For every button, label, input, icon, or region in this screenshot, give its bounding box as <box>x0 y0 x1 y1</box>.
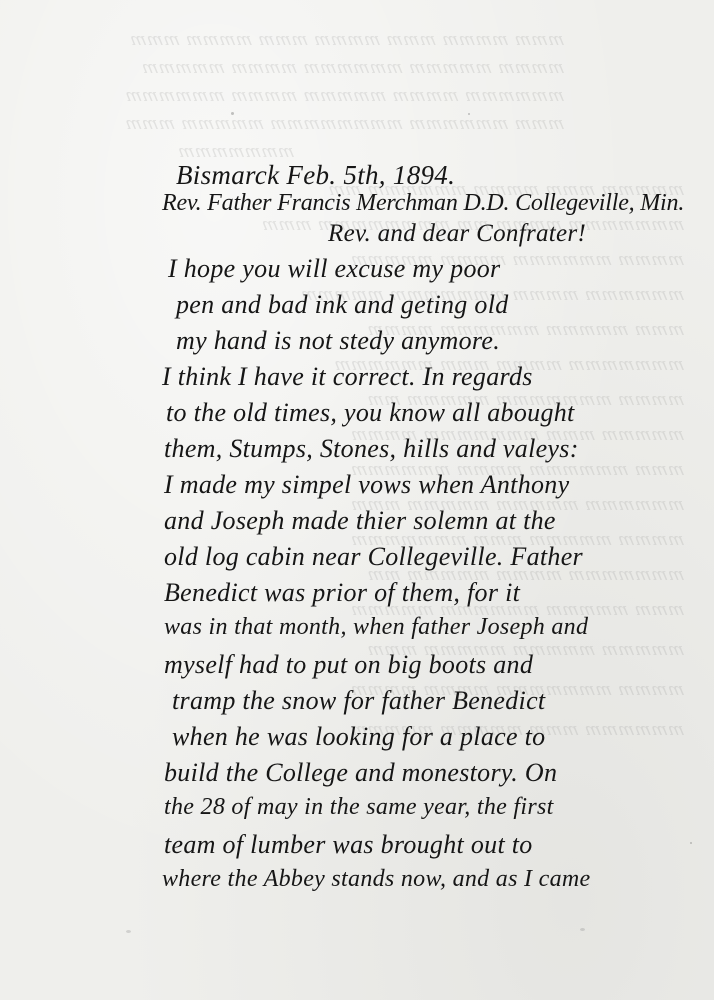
letter-line-9: old log cabin near Collegeville. Father <box>164 542 583 572</box>
paper-speck <box>580 928 585 931</box>
bleed-line: mmm mmmm mmm mmmm mmm mmmm mmm <box>128 30 567 50</box>
place-and-date: Bismarck Feb. 5th, 1894. <box>176 160 455 191</box>
letter-line-8: and Joseph made thier solemn at the <box>164 506 556 536</box>
letter-line-13: tramp the snow for father Benedict <box>172 686 545 716</box>
letter-line-2: pen and bad ink and geting old <box>176 290 509 320</box>
salutation: Rev. and dear Confrater! <box>328 220 586 248</box>
letter-line-15: build the College and monestory. On <box>164 758 557 788</box>
letter-line-1: I hope you will excuse my poor <box>168 254 500 284</box>
letter-line-14: when he was looking for a place to <box>172 722 545 752</box>
letter-line-6: them, Stumps, Stones, hills and valeys: <box>164 434 579 464</box>
manuscript-page: mmm mmmm mmm mmmm mmm mmmm mmm mmmm mmmm… <box>0 0 714 1000</box>
letter-line-4: I think I have it correct. In regards <box>162 362 533 392</box>
letter-line-12: myself had to put on big boots and <box>164 650 533 680</box>
paper-speck <box>468 113 470 115</box>
letter-line-10: Benedict was prior of them, for it <box>164 578 520 608</box>
letter-line-3: my hand is not stedy anymore. <box>176 326 500 356</box>
bleed-line: mmm mmmmmm mmmmmmmm mmmmm mmm <box>123 114 566 134</box>
addressee-line: Rev. Father Francis Merchman D.D. Colleg… <box>162 190 684 217</box>
paper-speck <box>231 112 234 115</box>
paper-speck <box>690 842 692 844</box>
bleed-line: mmmmmmm <box>176 142 297 162</box>
letter-line-16: the 28 of may in the same year, the firs… <box>164 794 554 821</box>
letter-line-18: where the Abbey stands now, and as I cam… <box>162 866 590 893</box>
letter-line-17: team of lumber was brought out to <box>164 830 533 860</box>
letter-line-5: to the old times, you know all abought <box>166 398 575 428</box>
bleed-line: mmmm mmmmm mmmmmm mmmm mmmmm <box>139 58 566 78</box>
letter-line-7: I made my simpel vows when Anthony <box>164 470 569 500</box>
paper-speck <box>126 930 131 933</box>
bleed-line: mmmmmm mmmm mmmmm mmmm mmmmmm <box>123 86 566 106</box>
letter-line-11: was in that month, when father Joseph an… <box>164 614 588 641</box>
